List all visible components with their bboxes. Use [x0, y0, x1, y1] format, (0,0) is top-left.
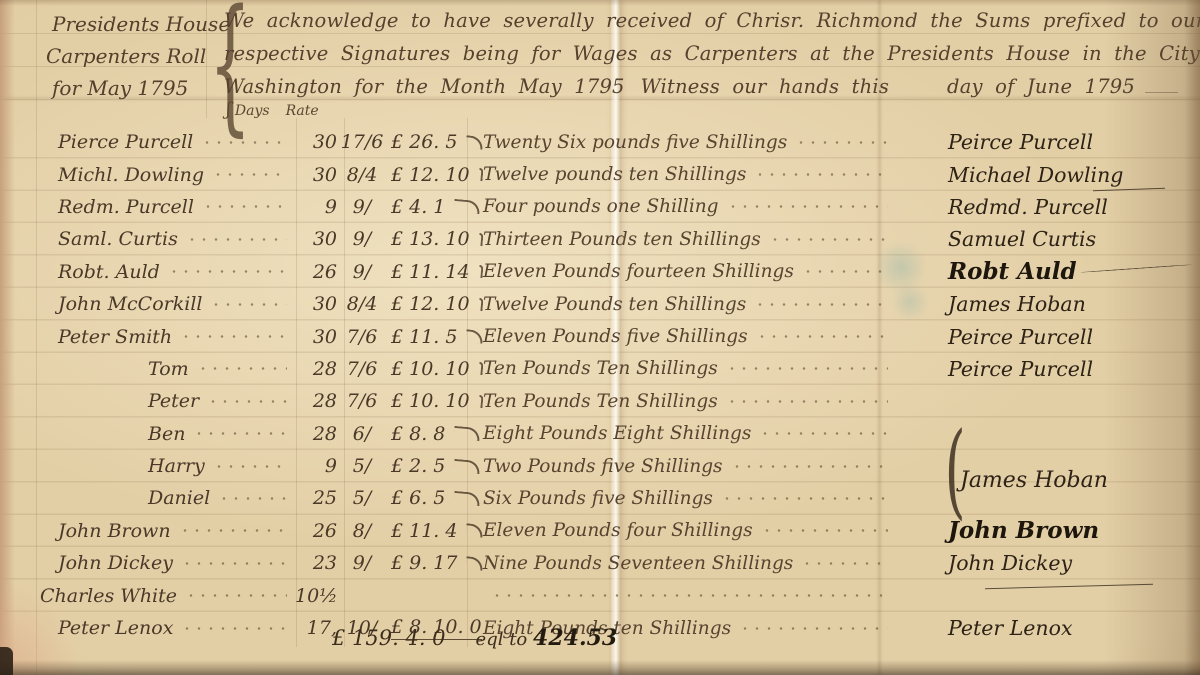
name-cell: Tom	[0, 358, 295, 380]
name-cell: Daniel	[0, 487, 295, 509]
days-column-header: Days	[235, 103, 270, 119]
worker-name: Harry	[148, 455, 205, 477]
days-worked: 28	[295, 358, 337, 380]
amount-words-cell: Eleven Pounds four Shillings	[483, 520, 902, 541]
worker-name: Peter Smith	[58, 326, 172, 348]
payroll-row: John Brown 26 8/ £ 11. 4 Eleven Pounds f…	[0, 515, 1200, 547]
name-cell: Redm. Purcell	[0, 196, 295, 218]
days-worked: 30	[295, 228, 337, 250]
signature-cell: Peirce Purcell	[902, 357, 1200, 381]
signature: James Hoban	[960, 468, 1108, 493]
witness-text: Witness our hands this	[641, 70, 889, 103]
worker-name: Daniel	[148, 487, 210, 509]
amount-cell: £ 2. 5	[387, 455, 483, 477]
daily-rate: 6/	[337, 423, 387, 445]
amount-words-cell: Thirteen Pounds ten Shillings	[483, 229, 902, 250]
amount-in-words: Eleven Pounds fourteen Shillings	[483, 261, 794, 282]
signature-group-brace: (	[945, 411, 966, 531]
name-cell: Pierce Purcell	[0, 131, 295, 153]
amount-cell: £ 8. 8	[387, 423, 483, 445]
payroll-row: John Dickey 23 9/ £ 9. 17 Nine Pounds Se…	[0, 547, 1200, 579]
daily-rate: 9/	[337, 228, 387, 250]
witness-date-text: day of June 1795	[947, 70, 1135, 103]
dotted-leader	[754, 172, 888, 177]
amount-words-cell: Eleven Pounds fourteen Shillings	[483, 261, 902, 282]
paper-left-edge	[0, 0, 15, 675]
days-worked: 25	[295, 487, 337, 509]
amount-pounds: £ 6. 5	[391, 487, 445, 509]
dotted-leader	[213, 464, 287, 469]
dotted-leader	[795, 140, 888, 145]
name-cell: Peter	[0, 390, 295, 412]
name-cell: Robt. Auld	[0, 261, 295, 283]
amount-cell: £ 10. 10	[387, 390, 483, 412]
signature-cell: Robt Auld	[902, 258, 1200, 285]
amount-in-words: Two Pounds five Shillings	[483, 456, 723, 477]
worker-name: Tom	[148, 358, 189, 380]
daily-rate: 7/6	[337, 358, 387, 380]
flourish-curl	[454, 199, 481, 214]
paper-top-edge	[0, 0, 1200, 6]
days-worked: 23	[295, 552, 337, 574]
daily-rate: 9/	[337, 261, 387, 283]
dotted-leader	[212, 172, 287, 177]
dotted-leader	[193, 431, 287, 436]
amount-in-words: Twelve pounds ten Shillings	[483, 164, 746, 185]
name-cell: Ben	[0, 423, 295, 445]
days-worked: 26	[295, 261, 337, 283]
dotted-leader	[756, 334, 888, 339]
column-headers: ʃDaysRate	[226, 99, 319, 120]
amount-pounds: £ 9. 17	[391, 552, 457, 574]
paper-bottom-shadow	[0, 660, 1200, 675]
flourish-curl	[454, 491, 481, 506]
dotted-leader	[726, 366, 888, 371]
flourish-curl	[466, 329, 484, 343]
worker-name: Ben	[148, 423, 185, 445]
amount-words-cell: Twelve pounds ten Shillings	[483, 164, 902, 185]
preamble-line: We acknowledge to have severally receive…	[224, 4, 1182, 37]
signature-cell: Samuel Curtis	[902, 227, 1200, 251]
amount-in-words: Thirteen Pounds ten Shillings	[483, 229, 761, 250]
title-line: for May 1795	[52, 72, 212, 104]
dotted-leader	[202, 204, 287, 209]
worker-name: John Brown	[58, 520, 171, 542]
dotted-leader	[754, 302, 888, 307]
name-cell: John McCorkill	[0, 293, 295, 315]
amount-pounds: £ 11. 4	[391, 520, 457, 542]
amount-pounds: £ 12. 10	[391, 293, 470, 315]
amount-cell: £ 6. 5	[387, 487, 483, 509]
total-equivalent-note: eql to 424.53	[476, 625, 618, 651]
amount-pounds: £ 13. 10	[391, 228, 470, 250]
payroll-row: Ben 28 6/ £ 8. 8 Eight Pounds Eight Shil…	[0, 418, 1200, 450]
daily-rate: 5/	[337, 487, 387, 509]
amount-words-cell: Twenty Six pounds five Shillings	[483, 132, 902, 153]
days-worked: 10½	[295, 585, 337, 607]
amount-pounds: £ 10. 10	[391, 390, 470, 412]
name-cell: Harry	[0, 455, 295, 477]
signature: James Hoban	[948, 292, 1086, 316]
amount-cell: £ 12. 10	[387, 293, 483, 315]
dotted-leader	[180, 334, 287, 339]
amount-words-cell: Eleven Pounds five Shillings	[483, 326, 902, 347]
days-worked: 30	[295, 164, 337, 186]
name-cell: Peter Smith	[0, 326, 295, 348]
worker-name: John Dickey	[58, 552, 173, 574]
signature-cell: John Dickey	[902, 551, 1200, 575]
signature: Peirce Purcell	[948, 357, 1093, 381]
payroll-row: Pierce Purcell 30 17/6 £ 26. 5 Twenty Si…	[0, 126, 1200, 158]
amount-pounds: £ 10. 10	[391, 358, 470, 380]
payroll-row: Harry 9 5/ £ 2. 5 Two Pounds five Shilli…	[0, 450, 1200, 482]
dotted-leader	[769, 237, 888, 242]
daily-rate: 5/	[337, 455, 387, 477]
signature: Peirce Purcell	[948, 130, 1093, 154]
name-cell: John Dickey	[0, 552, 295, 574]
trailing-rule	[1145, 92, 1178, 93]
signature-cell: Peter Lenox	[902, 616, 1200, 640]
flourish-curl	[466, 556, 484, 570]
amount-pounds: £ 8. 8	[391, 423, 445, 445]
days-worked: 9	[295, 196, 337, 218]
amount-in-words: Eight Pounds Eight Shillings	[483, 423, 751, 444]
acknowledgment-text: We acknowledge to have severally receive…	[224, 4, 1182, 103]
amount-words-cell: Four pounds one Shilling	[483, 196, 902, 217]
paper-right-edge	[1184, 0, 1200, 675]
signature: John Dickey	[948, 551, 1072, 575]
dotted-leader	[179, 528, 287, 533]
days-worked: 28	[295, 423, 337, 445]
name-cell: Saml. Curtis	[0, 228, 295, 250]
amount-in-words: Eleven Pounds four Shillings	[483, 520, 753, 541]
flourish-curl	[466, 135, 484, 149]
dotted-leader	[726, 399, 888, 404]
daily-rate: 8/	[337, 520, 387, 542]
equivalent-label: eql to	[476, 629, 528, 650]
amount-pounds: £ 12. 10	[391, 164, 470, 186]
days-worked: 17,	[295, 617, 337, 639]
payroll-row: Saml. Curtis 30 9/ £ 13. 10 Thirteen Pou…	[0, 223, 1200, 255]
amount-in-words: Ten Pounds Ten Shillings	[483, 358, 718, 379]
payroll-row: Robt. Auld 26 9/ £ 11. 14 Eleven Pounds …	[0, 256, 1200, 288]
dotted-leader	[801, 561, 888, 566]
flourish-curl	[454, 426, 481, 441]
dotted-leader	[201, 140, 287, 145]
amount-pounds: £ 26. 5	[391, 131, 457, 153]
dotted-leader	[181, 626, 287, 631]
title-line: Carpenters Roll	[46, 40, 212, 72]
title-line: Presidents House	[52, 8, 212, 40]
dotted-leader	[185, 593, 287, 598]
dotted-leader	[207, 399, 287, 404]
daily-rate: 17/6	[337, 131, 387, 153]
document-title: Presidents House Carpenters Roll for May…	[52, 8, 212, 104]
daily-rate: 7/6	[337, 390, 387, 412]
amount-in-words: Twenty Six pounds five Shillings	[483, 132, 787, 153]
dotted-leader	[186, 237, 287, 242]
amount-cell: £ 4. 1	[387, 196, 483, 218]
payroll-row: Charles White 10½	[0, 579, 1200, 611]
amount-words-cell: Six Pounds five Shillings	[483, 488, 902, 509]
amount-words-cell: Ten Pounds Ten Shillings	[483, 358, 902, 379]
worker-name: Robt. Auld	[58, 261, 160, 283]
total-amount: £ 159. 4. 0	[332, 626, 446, 650]
preamble-line: Washington for the Month May 1795 Witnes…	[224, 70, 1182, 103]
daily-rate: 8/4	[337, 293, 387, 315]
dotted-leader	[721, 496, 888, 501]
signature-cell: Redmd. Purcell	[902, 195, 1200, 219]
preamble-line: respective Signatures being for Wages as…	[224, 37, 1182, 70]
payroll-row: Redm. Purcell 9 9/ £ 4. 1 Four pounds on…	[0, 191, 1200, 223]
payroll-row: Peter 28 7/6 £ 10. 10 Ten Pounds Ten Shi…	[0, 385, 1200, 417]
worker-name: Michl. Dowling	[58, 164, 204, 186]
total-dollars: 424.53	[533, 625, 617, 651]
amount-pounds: £ 11. 5	[391, 326, 457, 348]
dotted-leader	[491, 593, 888, 598]
payroll-row: Peter Smith 30 7/6 £ 11. 5 Eleven Pounds…	[0, 320, 1200, 352]
name-cell: John Brown	[0, 520, 295, 542]
dotted-leader	[168, 269, 287, 274]
dotted-leader	[802, 269, 888, 274]
amount-in-words: Eleven Pounds five Shillings	[483, 326, 748, 347]
amount-in-words: Ten Pounds Ten Shillings	[483, 391, 718, 412]
dotted-leader	[759, 431, 888, 436]
days-worked: 9	[295, 455, 337, 477]
total-row: £ 159. 4. 0 eql to 424.53	[332, 625, 617, 651]
days-worked: 30	[295, 326, 337, 348]
amount-words-cell: Nine Pounds Seventeen Shillings	[483, 553, 902, 574]
flourish-curl	[466, 524, 484, 538]
amount-cell: £ 9. 17	[387, 552, 483, 574]
days-worked: 28	[295, 390, 337, 412]
signature-cell: Michael Dowling	[902, 163, 1200, 187]
name-cell: Michl. Dowling	[0, 164, 295, 186]
amount-cell: £ 10. 10	[387, 358, 483, 380]
daily-rate: 8/4	[337, 164, 387, 186]
flourish-curl	[454, 458, 481, 473]
amount-cell: £ 11. 4	[387, 520, 483, 542]
dotted-leader	[731, 464, 888, 469]
daily-rate: 9/	[337, 552, 387, 574]
amount-pounds: £ 2. 5	[391, 455, 445, 477]
amount-pounds: £ 11. 14	[391, 261, 470, 283]
dotted-leader	[727, 204, 888, 209]
dotted-leader	[197, 366, 287, 371]
amount-pounds: £ 4. 1	[391, 196, 445, 218]
days-worked: 30	[295, 293, 337, 315]
signature: Michael Dowling	[948, 163, 1123, 187]
paper-corner-dark	[0, 647, 13, 675]
signature: Robt Auld	[948, 258, 1077, 285]
amount-cell: £ 12. 10	[387, 164, 483, 186]
signature-cell: James Hoban	[902, 292, 1200, 316]
amount-in-words: Nine Pounds Seventeen Shillings	[483, 553, 793, 574]
amount-words-cell: Ten Pounds Ten Shillings	[483, 391, 902, 412]
signature-cell: Peirce Purcell	[902, 325, 1200, 349]
amount-words-cell: Two Pounds five Shillings	[483, 456, 902, 477]
worker-name: Pierce Purcell	[58, 131, 193, 153]
signature: John Brown	[948, 517, 1099, 544]
signature: Peter Lenox	[948, 616, 1073, 640]
amount-cell: £ 13. 10	[387, 228, 483, 250]
days-worked: 30	[295, 131, 337, 153]
amount-in-words: Four pounds one Shilling	[483, 196, 719, 217]
worker-name: Saml. Curtis	[58, 228, 178, 250]
payroll-row: John McCorkill 30 8/4 £ 12. 10 Twelve Po…	[0, 288, 1200, 320]
payroll-row: Tom 28 7/6 £ 10. 10 Ten Pounds Ten Shill…	[0, 353, 1200, 385]
amount-words-cell: Eight Pounds Eight Shillings	[483, 423, 902, 444]
scanned-payroll-document: Presidents House Carpenters Roll for May…	[0, 0, 1200, 675]
signature: Samuel Curtis	[948, 227, 1096, 251]
amount-in-words: Six Pounds five Shillings	[483, 488, 713, 509]
amount-words-cell	[483, 593, 902, 598]
daily-rate: 9/	[337, 196, 387, 218]
worker-name: Peter	[148, 390, 199, 412]
days-worked: 26	[295, 520, 337, 542]
dotted-leader	[210, 302, 287, 307]
amount-words-cell: Twelve Pounds ten Shillings	[483, 294, 902, 315]
amount-cell: £ 11. 5	[387, 326, 483, 348]
rate-column-header: Rate	[286, 103, 319, 119]
worker-name: Redm. Purcell	[58, 196, 194, 218]
payroll-row: Michl. Dowling 30 8/4 £ 12. 10 Twelve po…	[0, 158, 1200, 190]
payroll-table: Pierce Purcell 30 17/6 £ 26. 5 Twenty Si…	[0, 126, 1200, 644]
dotted-leader	[218, 496, 287, 501]
amount-in-words: Twelve Pounds ten Shillings	[483, 294, 746, 315]
amount-cell: £ 26. 5	[387, 131, 483, 153]
amount-cell: £ 11. 14	[387, 261, 483, 283]
dotted-leader	[181, 561, 287, 566]
worker-name: John McCorkill	[58, 293, 202, 315]
signature: Redmd. Purcell	[948, 195, 1108, 219]
brace-mark: ʃ	[226, 99, 231, 120]
dotted-leader	[739, 626, 888, 631]
signature-cell: Peirce Purcell	[902, 130, 1200, 154]
signature: Peirce Purcell	[948, 325, 1093, 349]
daily-rate: 7/6	[337, 326, 387, 348]
dotted-leader	[761, 528, 888, 533]
